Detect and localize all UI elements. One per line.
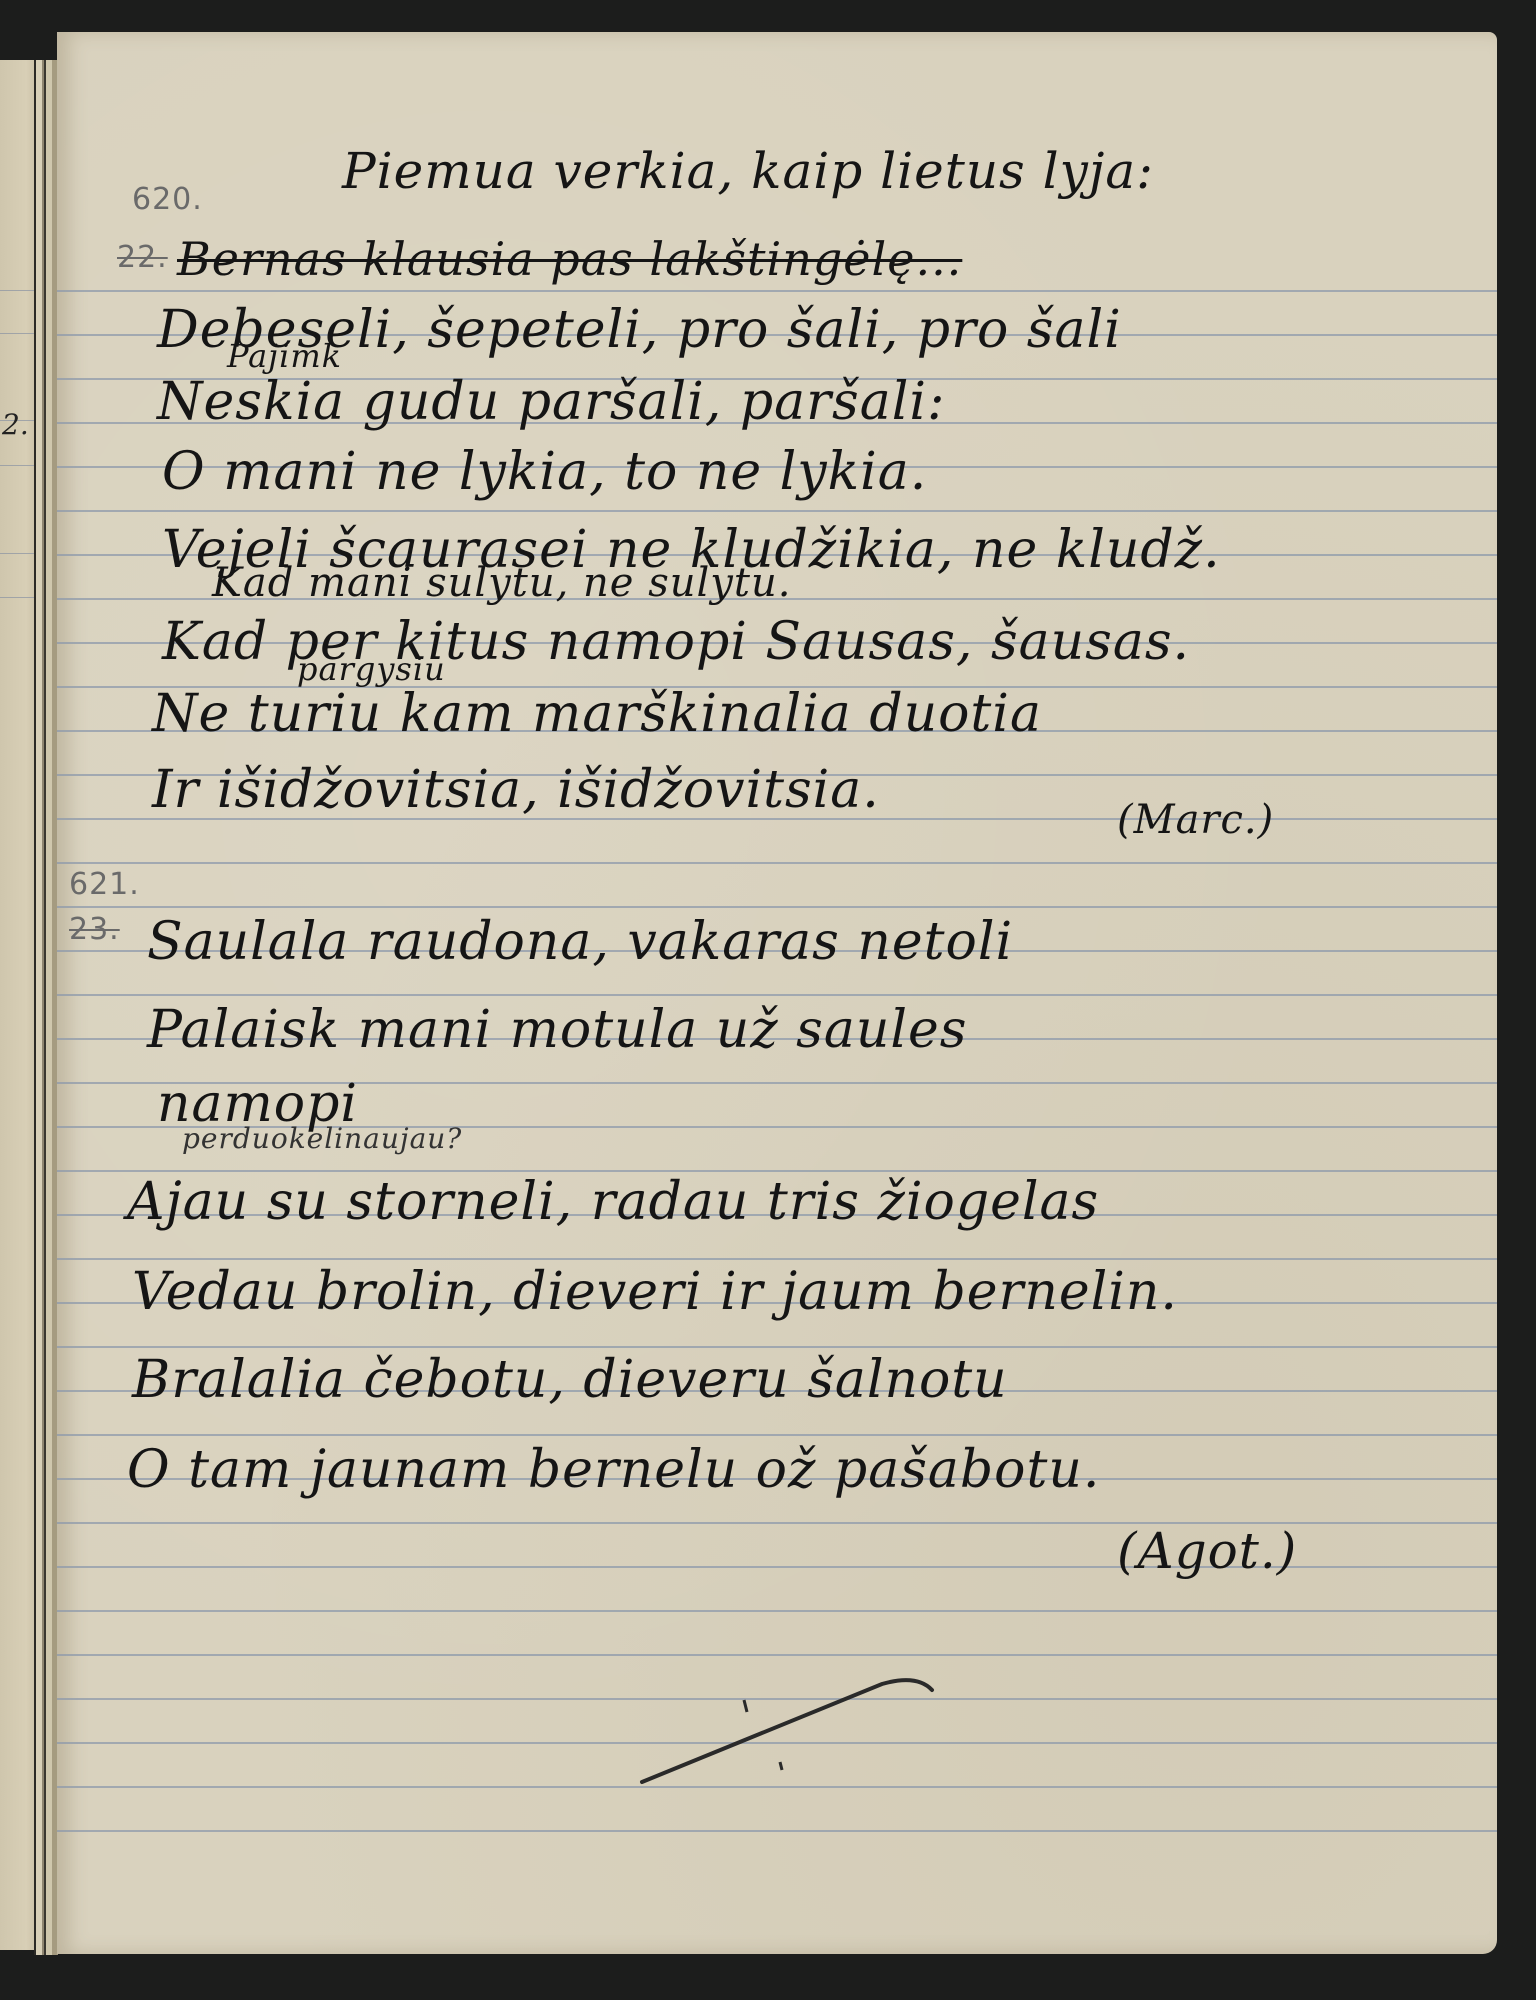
song-number-old: 23. — [69, 912, 120, 947]
verse-line: Ajau su storneli, radau tris žiogelas — [127, 1172, 1099, 1232]
verse-line: Kad mani sulytu, ne sulytu. — [212, 560, 791, 606]
verse-line: Vedau brolin, dieveri ir jaum bernelin. — [132, 1262, 1178, 1322]
struck-line: Bernas klausia pas lakštingėlę... — [177, 232, 962, 286]
song-source: (Marc.) — [1117, 797, 1274, 843]
notebook-binding — [34, 60, 58, 1955]
song-number-old: 22. — [117, 240, 168, 275]
verse-insert: perduokelinaujau? — [182, 1122, 462, 1155]
song-title: Piemua verkia, kaip lietus lyja: — [342, 142, 1154, 200]
end-mark-stroke — [632, 1672, 952, 1792]
verse-line: Neskia gudu paršali, paršali: — [157, 372, 945, 432]
song-number-new: 620. — [132, 182, 203, 217]
song-source: (Agot.) — [1117, 1522, 1297, 1580]
verse-line: O mani ne lykia, to ne lykia. — [162, 442, 927, 502]
verse-line: Palaisk mani motula už saules — [147, 1000, 967, 1060]
song-number-new: 621. — [69, 867, 140, 902]
verse-line: O tam jaunam bernelu ož pašabotu. — [127, 1440, 1100, 1500]
left-page-margin-mark: 2. — [2, 408, 29, 441]
verse-line: Bralalia čebotu, dieveru šalnotu — [132, 1350, 1008, 1410]
verse-line: Ir išidžovitsia, išidžovitsia. — [152, 760, 880, 820]
verse-line: Ne turiu kam marškinalia duotia — [152, 684, 1042, 744]
verse-insert: pargysiu — [297, 650, 446, 688]
notebook-page: 620. 22. Piemua verkia, kaip lietus lyja… — [57, 32, 1497, 1954]
verse-insert: Pajimk — [227, 337, 342, 375]
verse-line: Saulala raudona, vakaras netoli — [147, 912, 1013, 972]
